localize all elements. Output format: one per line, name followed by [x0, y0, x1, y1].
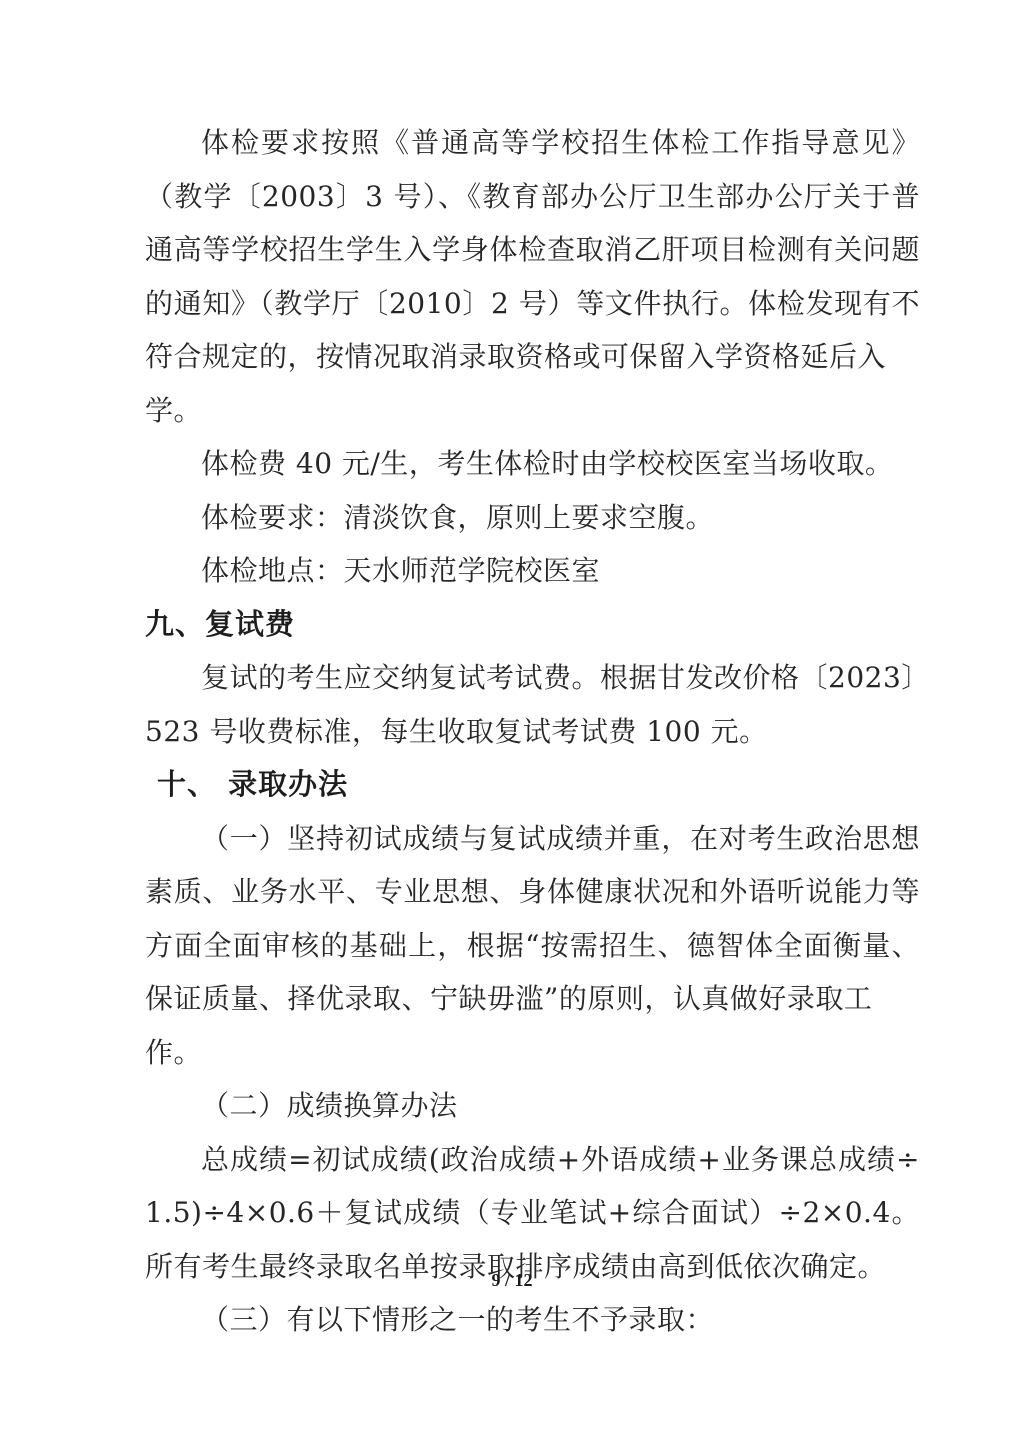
page-number: 9 / 12 — [0, 1268, 1024, 1292]
subsection-2-heading: （二）成绩换算办法 — [145, 1079, 920, 1133]
body-line: 方面全面审核的基础上，根据“按需招生、德智体全面衡量、 — [145, 919, 920, 973]
body-line: （一）坚持初试成绩与复试成绩并重，在对考生政治思想 — [145, 812, 920, 866]
body-line: 的通知》（教学厅〔2010〕2 号）等文件执行。体检发现有不 — [145, 277, 920, 331]
section-10-heading: 十、 录取办法 — [145, 758, 920, 812]
formula-line: 总成绩=初试成绩(政治成绩+外语成绩+业务课总成绩÷ — [145, 1133, 920, 1187]
body-line: 通高等学校招生学生入学身体检查取消乙肝项目检测有关问题 — [145, 223, 920, 277]
body-line-exam-requirement: 体检要求：清淡饮食，原则上要求空腹。 — [145, 491, 920, 545]
section-9-heading: 九、复试费 — [145, 598, 920, 652]
body-line: 素质、业务水平、专业思想、身体健康状况和外语听说能力等 — [145, 865, 920, 919]
body-line: 保证质量、择优录取、宁缺毋滥”的原则，认真做好录取工作。 — [145, 972, 920, 1079]
body-line: 复试的考生应交纳复试考试费。根据甘发改价格〔2023〕 — [145, 651, 920, 705]
body-line: 523 号收费标准，每生收取复试考试费 100 元。 — [145, 705, 920, 759]
body-line: 体检要求按照《普通高等学校招生体检工作指导意见》 — [145, 116, 920, 170]
body-line-exam-location: 体检地点：天水师范学院校医室 — [145, 544, 920, 598]
body-line-exam-fee: 体检费 40 元/生，考生体检时由学校校医室当场收取。 — [145, 437, 920, 491]
body-line: 符合规定的，按情况取消录取资格或可保留入学资格延后入学。 — [145, 330, 920, 437]
document-body: 体检要求按照《普通高等学校招生体检工作指导意见》 （教学〔2003〕3 号）、《… — [145, 116, 920, 1347]
body-line: （教学〔2003〕3 号）、《教育部办公厅卫生部办公厅关于普 — [145, 170, 920, 224]
subsection-3-heading: （三）有以下情形之一的考生不予录取： — [145, 1293, 920, 1347]
formula-line: 1.5)÷4×0.6＋复试成绩（专业笔试+综合面试）÷2×0.4。 — [145, 1186, 920, 1240]
document-page: 体检要求按照《普通高等学校招生体检工作指导意见》 （教学〔2003〕3 号）、《… — [0, 0, 1024, 1448]
